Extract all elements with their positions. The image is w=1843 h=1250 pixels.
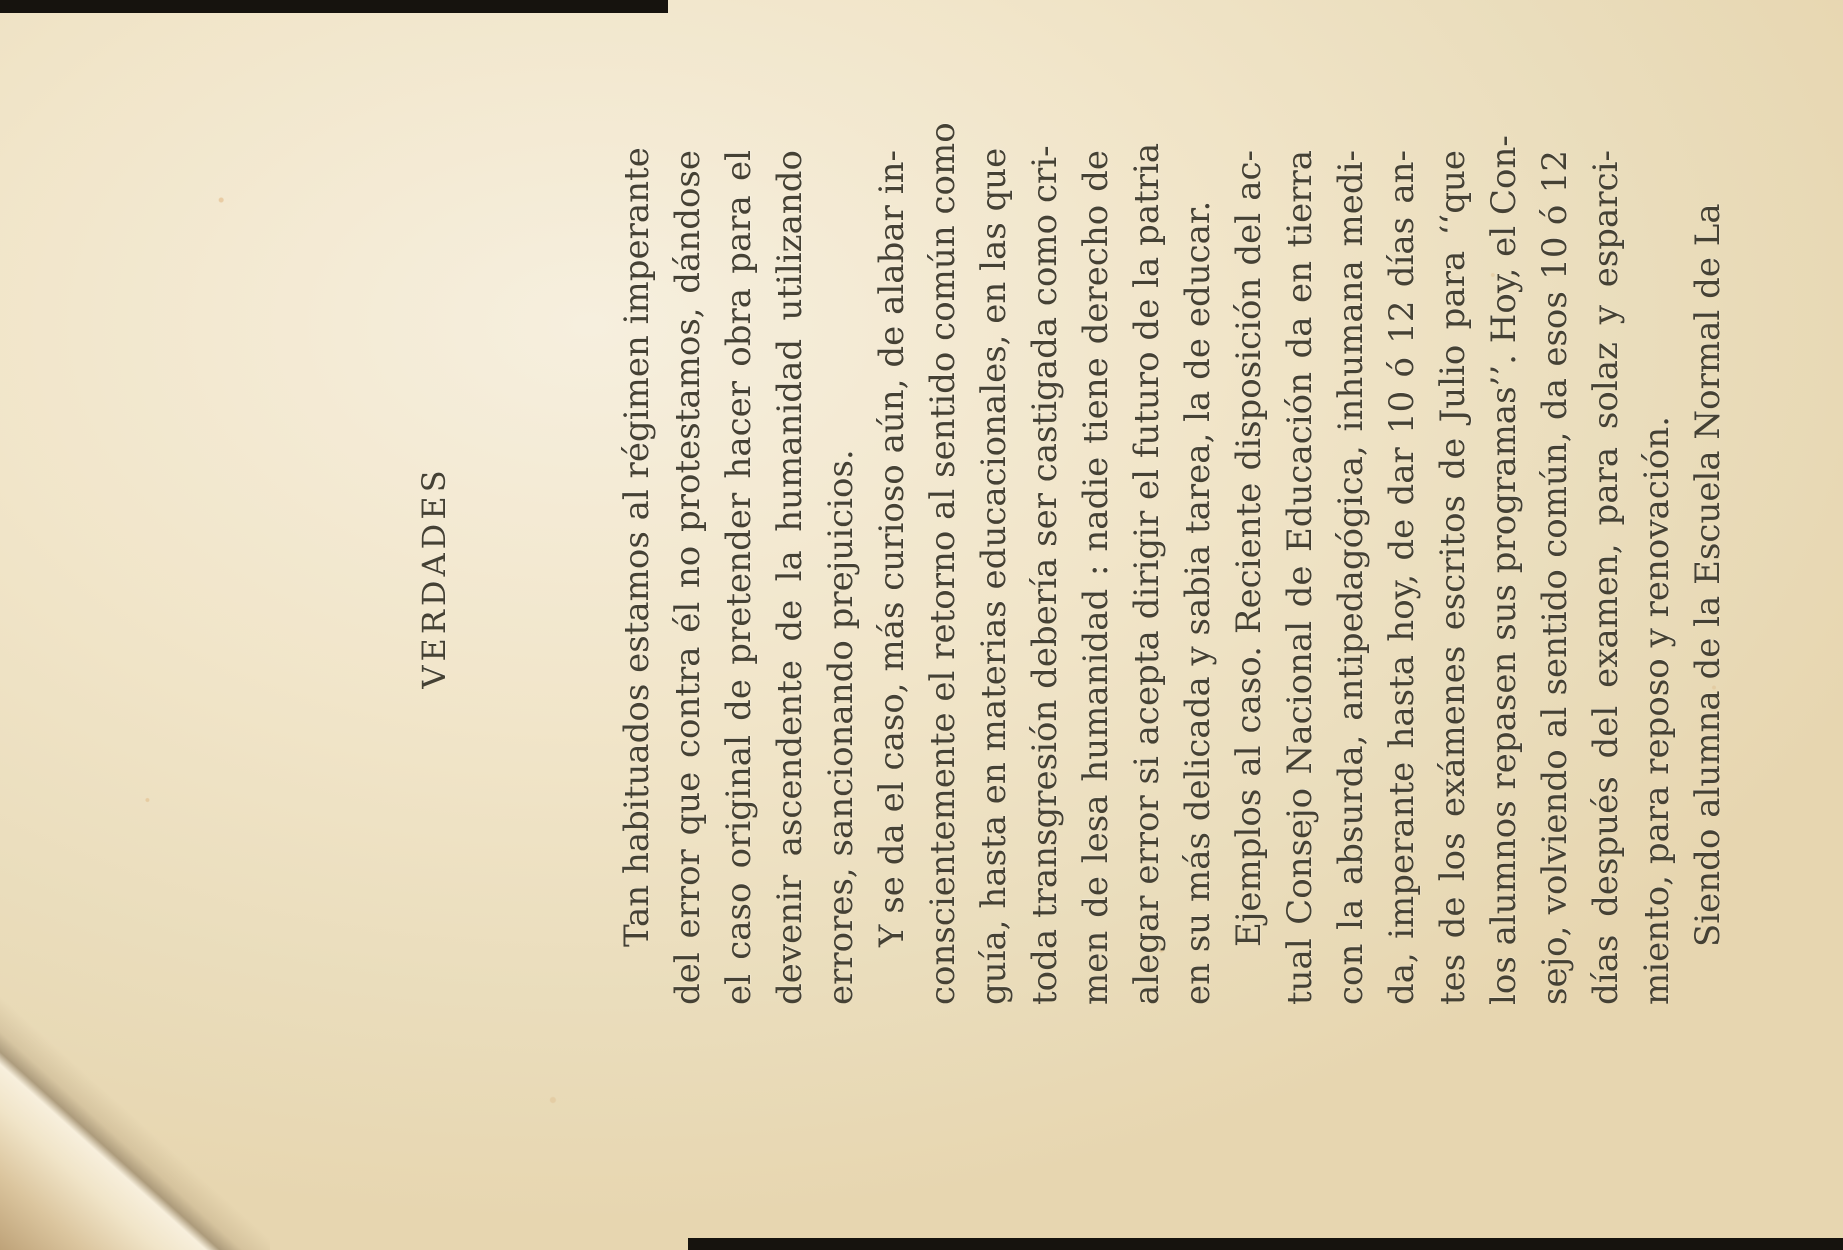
page-body: Tan habituados estamos al régimen impera… — [612, 150, 1734, 1005]
text-line: Y se da el caso, más curioso aún, de ala… — [867, 150, 918, 1005]
text-line: errores, sancionando prejuicios. — [816, 150, 867, 1005]
rotated-page-text: VERDADES Tan habituados estamos al régim… — [390, 150, 1745, 1005]
text-line: miento, para reposo y renovación. — [1632, 150, 1683, 1005]
text-line: alegar error si acepta dirigir el futuro… — [1122, 150, 1173, 1005]
scanner-bed-edge-bottom — [688, 1238, 1843, 1250]
text-line: días después del examen, para solaz y es… — [1581, 150, 1632, 1005]
text-line: sejo, volviendo al sentido común, da eso… — [1530, 150, 1581, 1005]
scanned-book-page-photo: VERDADES Tan habituados estamos al régim… — [0, 0, 1843, 1250]
text-line: toda transgresión debería ser castigada … — [1020, 150, 1071, 1005]
text-line: los alumnos repasen sus programas’’. Hoy… — [1479, 150, 1530, 1005]
text-line: el caso original de pretender hacer obra… — [714, 150, 765, 1005]
text-line: con la absurda, antipedagógica, inhumana… — [1326, 150, 1377, 1005]
text-line: conscientemente el retorno al sentido co… — [918, 150, 969, 1005]
scanner-bed-edge-top — [0, 0, 668, 13]
text-line: en su más delicada y sabia tarea, la de … — [1173, 150, 1224, 1005]
text-line: devenir ascendente de la humanidad utili… — [765, 150, 816, 1005]
text-line: del error que contra él no protestamos, … — [663, 150, 714, 1005]
text-line: Ejemplos al caso. Reciente disposición d… — [1224, 150, 1275, 1005]
text-line: da, imperante hasta hoy, de dar 10 ó 12 … — [1377, 150, 1428, 1005]
page-title: VERDADES — [390, 150, 456, 1005]
text-line: Tan habituados estamos al régimen impera… — [612, 150, 663, 1005]
text-line: guía, hasta en materias educacionales, e… — [969, 150, 1020, 1005]
text-line: tes de los exámenes escritos de Julio pa… — [1428, 150, 1479, 1005]
text-line: Siendo alumna de la Escuela Normal de La — [1683, 150, 1734, 1005]
page-corner-curl — [0, 985, 270, 1250]
text-line: tual Consejo Nacional de Educación da en… — [1275, 150, 1326, 1005]
text-line: men de lesa humanidad : nadie tiene dere… — [1071, 150, 1122, 1005]
